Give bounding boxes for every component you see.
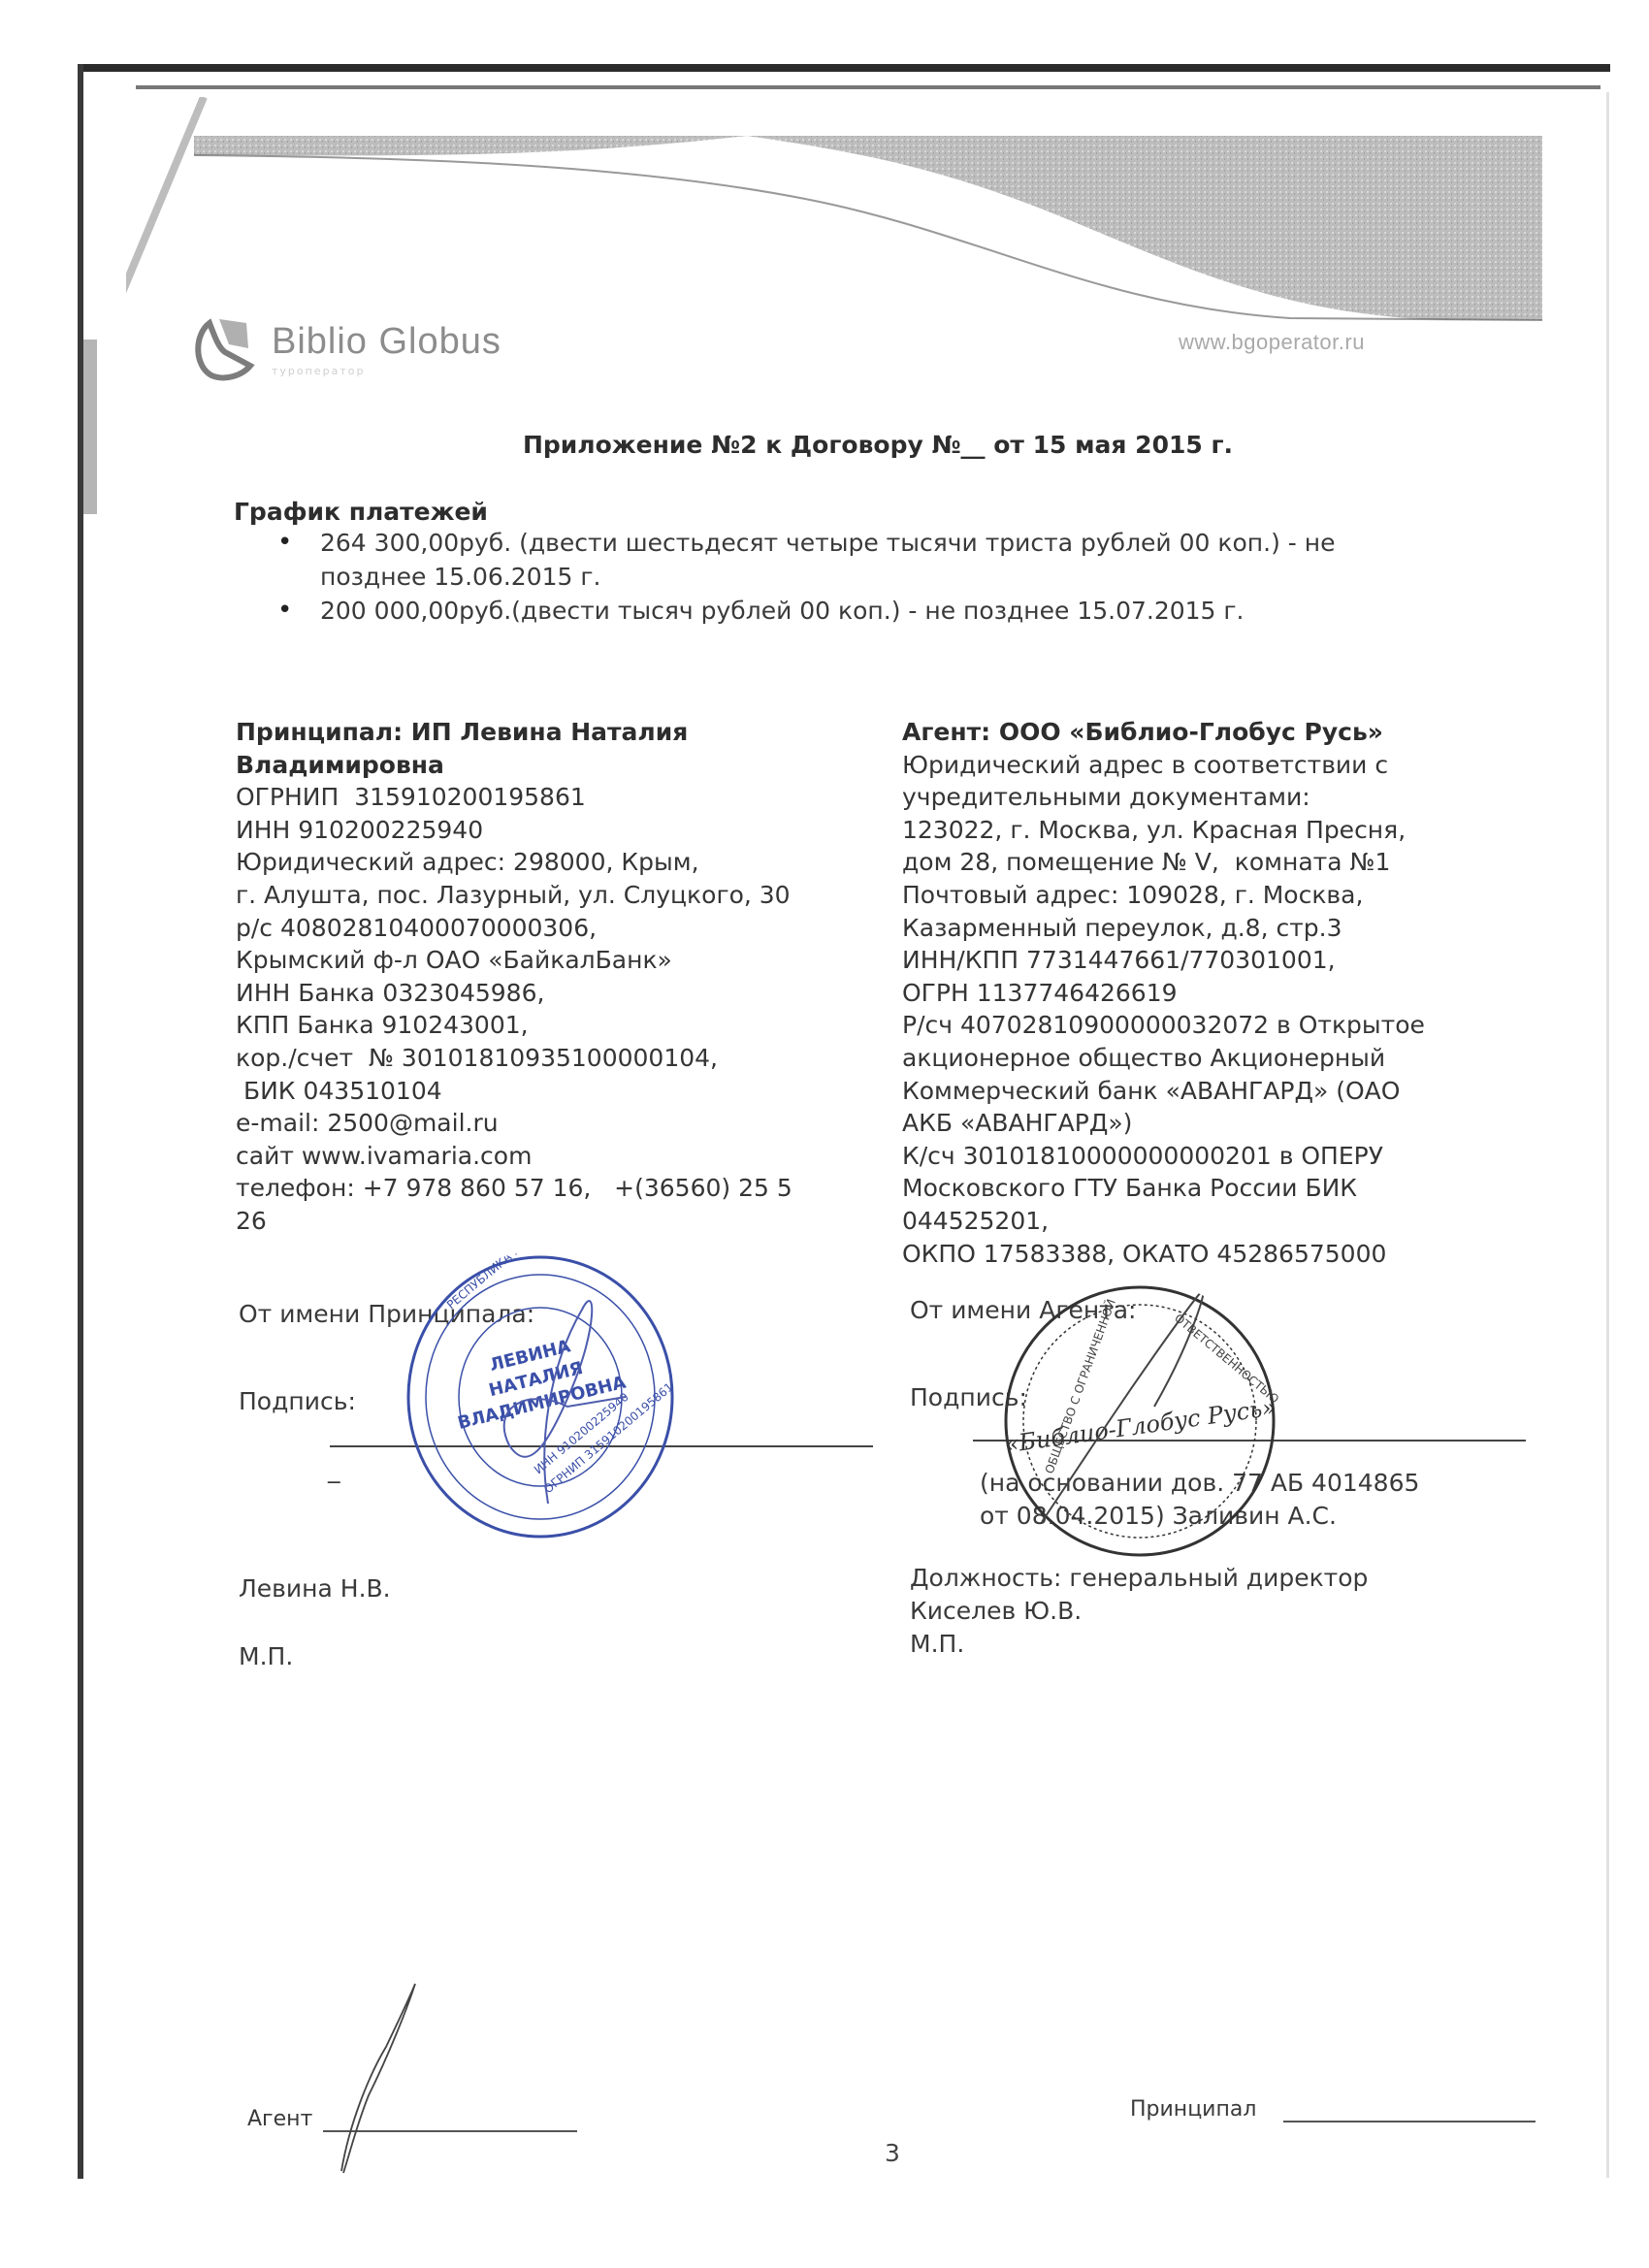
detail-line: ОГРН 1137746426619 [902,977,1542,1010]
payment-line: 264 300,00руб. (двести шестьдесят четыре… [320,529,1335,557]
detail-line: р/с 40802810400070000306, [236,912,895,945]
detail-line: e-mail: 2500@mail.ru [236,1107,895,1140]
footer-principal-signature-line [1283,2121,1536,2122]
brand-name: Biblio Globus [272,321,501,363]
brand-subtitle: туроператор [272,365,501,377]
biblio-globus-logo-icon [190,315,258,383]
scan-border-right [1606,92,1609,2178]
detail-line: Казарменный переулок, д.8, стр.3 [902,912,1542,945]
payment-schedule-heading: График платежей [234,498,488,526]
detail-line: Юридический адрес в соответствии с [902,749,1542,782]
detail-line: КПП Банка 910243001, [236,1009,895,1042]
detail-line: БИК 043510104 [236,1075,895,1108]
scan-shadow [83,340,97,514]
scan-border-inner [136,85,1600,89]
principal-heading-cont: Владимировна [236,749,895,782]
detail-line: ИНН Банка 0323045986, [236,977,895,1010]
svg-text:ОТВЕТСТВЕННОСТЬЮ: ОТВЕТСТВЕННОСТЬЮ [1172,1312,1280,1407]
detail-line: акционерное общество Акционерный [902,1042,1542,1075]
detail-line: Крымский ф-л ОАО «БайкалБанк» [236,944,895,977]
detail-line: телефон: +7 978 860 57 16, +(36560) 25 5 [236,1172,895,1205]
detail-line: дом 28, помещение № V, комната №1 [902,846,1542,879]
detail-line: К/сч 30101810000000000201 в ОПЕРУ [902,1140,1542,1173]
detail-line: Почтовый адрес: 109028, г. Москва, [902,879,1542,912]
payment-line: 200 000,00руб.(двести тысяч рублей 00 ко… [320,597,1245,625]
letterhead-wave-decoration [126,97,1571,330]
agent-seal-label: М.П. [910,1630,964,1658]
detail-line: Московского ГТУ Банка России БИК [902,1172,1542,1205]
principal-signer-name: Левина Н.В. [239,1574,391,1603]
principal-stamp: ЛЕВИНА НАТАЛИЯ ВЛАДИМИРОВНА РЕСПУБЛИКА К… [403,1251,679,1542]
detail-line: 26 [236,1205,895,1238]
principal-signature-label: Подпись: [239,1387,356,1415]
detail-line: Коммерческий банк «АВАНГАРД» (ОАО [902,1075,1542,1108]
detail-line: кор./счет № 30101810935100000104, [236,1042,895,1075]
detail-line: ИНН/КПП 7731447661/770301001, [902,944,1542,977]
payment-item: 200 000,00руб.(двести тысяч рублей 00 ко… [277,594,1529,628]
scan-border-top [78,64,1610,72]
document-title: Приложение №2 к Договору №__ от 15 мая 2… [0,431,1649,459]
agent-stamp-name: «Библио-Глобус Русь» [1003,1393,1277,1458]
payment-item: 264 300,00руб. (двести шестьдесят четыре… [277,526,1529,594]
principal-seal-label: М.П. [239,1642,293,1670]
page-number: 3 [885,2139,900,2167]
principal-details: Принципал: ИП Левина Наталия Владимировн… [236,716,895,1238]
detail-line: Р/сч 40702810900000032072 в Открытое [902,1009,1542,1042]
detail-line: учредительными документами: [902,781,1542,814]
principal-dash: _ [328,1455,340,1483]
detail-line: ОГРНИП 315910200195861 [236,781,895,814]
principal-heading: Принципал: ИП Левина Наталия [236,716,895,749]
agent-position: Должность: генеральный директор [910,1564,1368,1592]
svg-text:РЕСПУБЛИКА КРЫМ г.СИМФЕРОПОЛЬ: РЕСПУБЛИКА КРЫМ г.СИМФЕРОПОЛЬ [444,1251,628,1312]
detail-line: ИНН 910200225940 [236,814,895,847]
detail-line: Юридический адрес: 298000, Крым, [236,846,895,879]
agent-stamp: «Библио-Глобус Русь» ОБЩЕСТВО С ОГРАНИЧЕ… [999,1280,1280,1562]
agent-heading: Агент: ООО «Библио-Глобус Русь» [902,716,1542,749]
detail-line: 044525201, [902,1205,1542,1238]
footer-principal-label: Принципал [1130,2097,1256,2122]
footer-agent-initials [330,1979,427,2178]
website-link[interactable]: www.bgoperator.ru [1179,330,1365,355]
detail-line: ОКПО 17583388, ОКАТО 45286575000 [902,1238,1542,1271]
brand-logo: Biblio Globus туроператор [190,315,501,383]
detail-line: г. Алушта, пос. Лазурный, ул. Слуцкого, … [236,879,895,912]
payment-schedule-list: 264 300,00руб. (двести шестьдесят четыре… [277,526,1529,628]
agent-details: Агент: ООО «Библио-Глобус Русь» Юридичес… [902,716,1542,1270]
footer-agent-label: Агент [247,2107,312,2131]
svg-text:ОБЩЕСТВО С ОГРАНИЧЕННОЙ: ОБЩЕСТВО С ОГРАНИЧЕННОЙ [1042,1297,1118,1475]
detail-line: 123022, г. Москва, ул. Красная Пресня, [902,814,1542,847]
detail-line: АКБ «АВАНГАРД») [902,1107,1542,1140]
agent-director-name: Киселев Ю.В. [910,1597,1082,1625]
detail-line: сайт www.ivamaria.com [236,1140,895,1173]
payment-line: позднее 15.06.2015 г. [320,563,600,591]
